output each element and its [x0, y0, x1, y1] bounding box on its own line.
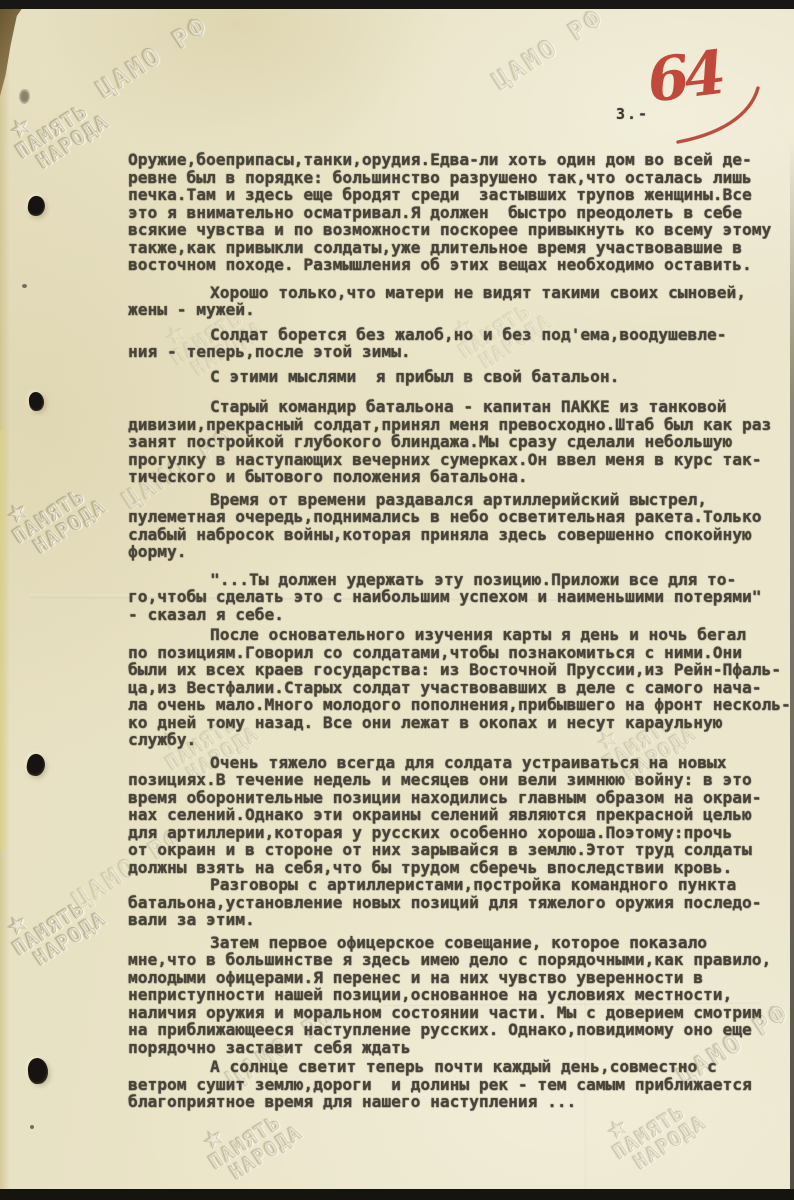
- paragraph: А солнце светит теперь почти каждый день…: [128, 1058, 792, 1111]
- ink-speck: [485, 888, 489, 892]
- text-line: службу.: [128, 731, 792, 749]
- text-line: также,как привыкли солдаты,уже длительно…: [128, 239, 792, 257]
- text-line: - сказал я себе.: [128, 606, 792, 624]
- text-line: Хорошо только,что матери не видят такими…: [128, 284, 792, 302]
- text-line: Солдат борется без жалоб,но и без под'ем…: [128, 326, 792, 344]
- text-line: Очень тяжело всегда для солдата устраива…: [128, 754, 792, 772]
- text-line: ния - теперь,после этой зимы.: [128, 343, 792, 361]
- text-line: тического и бытового положения батальона…: [128, 468, 792, 486]
- text-line: А солнце светит теперь почти каждый день…: [128, 1058, 792, 1076]
- paragraph: Затем первое офицерское совещание, котор…: [128, 934, 792, 1057]
- watermark-pamyat-naroda: ★ПАМЯТЬНАРОДА: [0, 457, 109, 563]
- scanned-page: ЦАМО РФЦАМО РФЦАМО РФЦАМО РФЦАМО РФЦАМО …: [0, 0, 794, 1200]
- text-line: Старый командир батальона - капитан ПАКК…: [128, 398, 792, 416]
- paragraph: Время от времени раздавался артиллерийск…: [128, 491, 792, 561]
- text-line: всякие чувства и по возможности поскорее…: [128, 221, 792, 239]
- text-line: батальона,установление новых позиций для…: [128, 894, 792, 912]
- handwritten-sheet-number-mark: 64: [620, 22, 790, 162]
- text-line: наличия оружия и моральном состоянии час…: [128, 1004, 792, 1022]
- text-line: были их всех краев государства: из Восто…: [128, 661, 792, 679]
- paragraph: Солдат борется без жалоб,но и без под'ем…: [128, 326, 792, 361]
- text-line: восточном походе. Размышления об этих ве…: [128, 256, 792, 274]
- scan-border-bottom: [0, 1189, 794, 1200]
- text-line: форму.: [128, 543, 792, 561]
- text-line: ла очень мало.Много молодого пополнения,…: [128, 696, 792, 714]
- text-line: Время от времени раздавался артиллерийск…: [128, 491, 792, 509]
- text-line: время оборонительные позиции находились …: [128, 789, 792, 807]
- text-line: дивизии,прекрасный солдат,принял меня пр…: [128, 416, 792, 434]
- text-line: ревне был в порядке: большинство разруше…: [128, 169, 792, 187]
- paragraph: Разговоры с артиллеристами,постройка ком…: [128, 876, 792, 929]
- text-line: порядочно заставит себя ждать: [128, 1039, 792, 1057]
- watermark-tsamo-rf: ЦАМО РФ: [91, 10, 213, 103]
- text-line: мне,что в большинстве я здесь имею дело …: [128, 951, 792, 969]
- text-line: ца,из Вестфалии.Старых солдат участвовав…: [128, 679, 792, 697]
- text-line: позициях.В течение недель и месяцев они …: [128, 771, 792, 789]
- paragraph: Очень тяжело всегда для солдата устраива…: [128, 754, 792, 877]
- text-line: го,чтобы сделать это с наибольшим успехо…: [128, 588, 792, 606]
- paragraph: С этими мыслями я прибыл в свой батальон…: [128, 368, 792, 386]
- text-line: ко дней тому назад. Все они лежат в окоп…: [128, 714, 792, 732]
- text-line: слабый набросок войны,которая приняла зд…: [128, 526, 792, 544]
- text-line: это я внимательно осматривал.Я должен бы…: [128, 204, 792, 222]
- text-line: После основательного изучения карты я де…: [128, 626, 792, 644]
- text-line: С этими мыслями я прибыл в свой батальон…: [128, 368, 792, 386]
- paragraph: "...Ты должен удержать эту позицию.Прило…: [128, 571, 792, 624]
- text-line: печка.Там и здесь еще бродят среди засты…: [128, 186, 792, 204]
- paragraph: Оружие,боеприпасы,танки,орудия.Едва-ли х…: [128, 151, 792, 274]
- text-line: Разговоры с артиллеристами,постройка ком…: [128, 876, 792, 894]
- text-line: от окраин и в стороне от них зарывайся в…: [128, 841, 792, 859]
- paragraph: Старый командир батальона - капитан ПАКК…: [128, 398, 792, 486]
- text-line: вали за этим.: [128, 911, 792, 929]
- text-line: прогулку в наступающих вечерних сумерках…: [128, 451, 792, 469]
- paragraph: После основательного изучения карты я де…: [128, 626, 792, 749]
- text-line: занят постройкой глубокого блиндажа.Мы с…: [128, 433, 792, 451]
- text-line: ветром сушит землю,дороги и долины рек -…: [128, 1076, 792, 1094]
- text-line: должны взять на себя,что бы трудом сбере…: [128, 859, 792, 877]
- ink-speck: [30, 1125, 34, 1129]
- text-line: на приближающееся наступление русских. О…: [128, 1021, 792, 1039]
- paragraph: Хорошо только,что матери не видят такими…: [128, 284, 792, 319]
- text-line: молодыми офицерами.Я перенес и на них чу…: [128, 969, 792, 987]
- watermark-tsamo-rf: ЦАМО РФ: [487, 2, 609, 95]
- watermark-pamyat-naroda: ★ПАМЯТЬНАРОДА: [0, 72, 112, 178]
- text-line: Затем первое офицерское совещание, котор…: [128, 934, 792, 952]
- ink-speck: [22, 284, 27, 288]
- text-line: для артиллерии,которая у русских особенн…: [128, 824, 792, 842]
- document-text: Оружие,боеприпасы,танки,орудия.Едва-ли х…: [128, 151, 792, 1111]
- text-line: нах селений.Однако эти окраины селений я…: [128, 806, 792, 824]
- paper-edge-left: [0, 430, 5, 850]
- text-line: пулеметная очередь,поднимались в небо ос…: [128, 508, 792, 526]
- handwritten-number: 64: [643, 38, 726, 117]
- text-line: благоприятное время для нашего наступлен…: [128, 1093, 792, 1111]
- text-line: по позициям.Говорил со солдатами,чтобы п…: [128, 644, 792, 662]
- text-line: жены - мужей.: [128, 301, 792, 319]
- text-line: "...Ты должен удержать эту позицию.Прило…: [128, 571, 792, 589]
- text-line: неприступности нашей позиции,основанное …: [128, 986, 792, 1004]
- scan-border-top: [0, 0, 794, 9]
